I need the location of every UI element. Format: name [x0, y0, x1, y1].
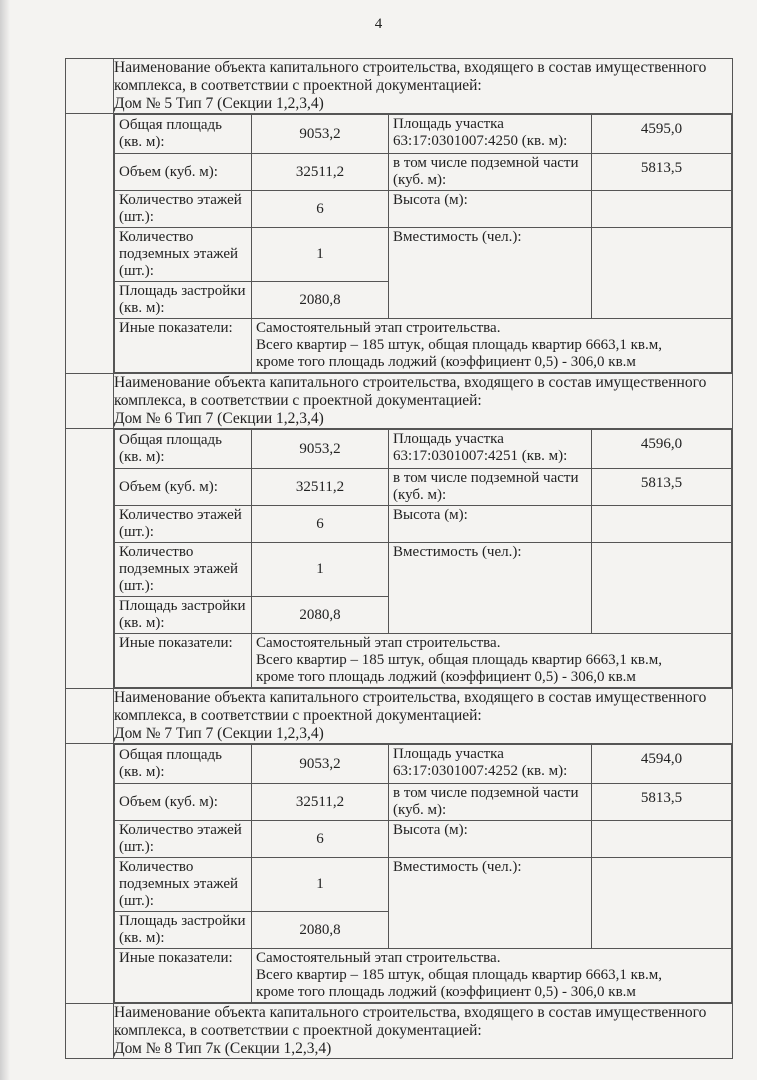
detail-row-area: Общая площадь (кв. м): 9053,2 Площадь уч…	[115, 745, 732, 784]
label-floors: Количество этажей (шт.):	[115, 821, 252, 858]
house-heading-row: Наименование объекта капитального строит…	[66, 59, 733, 114]
label-other: Иные показатели:	[115, 634, 252, 688]
heading-text: Наименование объекта капитального строит…	[114, 1004, 732, 1040]
detail-row-volume: Объем (куб. м): 32511,2 в том числе подз…	[115, 154, 732, 191]
scan-edge-shadow	[0, 0, 10, 1080]
house-title: Дом № 7 Тип 7 (Секции 1,2,3,4)	[114, 725, 732, 743]
detail-row-other: Иные показатели: Самостоятельный этап ст…	[115, 319, 732, 373]
other-line: кроме того площадь лоджий (коэффициент 0…	[256, 354, 727, 371]
detail-row-underground-floors: Количество подземных этажей (шт.): 1 Вме…	[115, 543, 732, 597]
document-table-container: Наименование объекта капитального строит…	[65, 58, 733, 1059]
house-details-row: Общая площадь (кв. м): 9053,2 Площадь уч…	[66, 744, 733, 1004]
other-line: Самостоятельный этап строительства.	[256, 635, 727, 652]
label-built-area: Площадь застройки (кв. м):	[115, 597, 252, 634]
label-built-area: Площадь застройки (кв. м):	[115, 912, 252, 949]
plot-cadastral-number: 63:17:0301007:4251 (кв. м):	[393, 448, 587, 465]
value-volume: 32511,2	[252, 154, 389, 191]
house-details-table: Общая площадь (кв. м): 9053,2 Площадь уч…	[114, 114, 732, 373]
detail-row-other: Иные показатели: Самостоятельный этап ст…	[115, 634, 732, 688]
value-plot-area: 4595,0	[592, 115, 732, 154]
row-number-cell	[66, 114, 114, 374]
value-capacity	[592, 228, 732, 319]
house-details-row: Общая площадь (кв. м): 9053,2 Площадь уч…	[66, 114, 733, 374]
detail-row-volume: Объем (куб. м): 32511,2 в том числе подз…	[115, 469, 732, 506]
house-heading-cell: Наименование объекта капитального строит…	[114, 59, 733, 114]
label-floors: Количество этажей (шт.):	[115, 506, 252, 543]
house-heading-row: Наименование объекта капитального строит…	[66, 689, 733, 744]
value-built-area: 2080,8	[252, 282, 389, 319]
other-line: Всего квартир – 185 штук, общая площадь …	[256, 967, 727, 984]
value-height	[592, 821, 732, 858]
house-details-table: Общая площадь (кв. м): 9053,2 Площадь уч…	[114, 744, 732, 1003]
label-capacity: Вместимость (чел.):	[389, 228, 592, 319]
detail-row-underground-floors: Количество подземных этажей (шт.): 1 Вме…	[115, 858, 732, 912]
property-objects-table: Наименование объекта капитального строит…	[65, 58, 733, 1059]
value-underground-floors: 1	[252, 858, 389, 912]
value-built-area: 2080,8	[252, 597, 389, 634]
label-height: Высота (м):	[389, 191, 592, 228]
label-other: Иные показатели:	[115, 319, 252, 373]
label-volume: Объем (куб. м):	[115, 784, 252, 821]
value-total-area: 9053,2	[252, 430, 389, 469]
value-floors: 6	[252, 191, 389, 228]
value-volume: 32511,2	[252, 469, 389, 506]
label-height: Высота (м):	[389, 506, 592, 543]
value-other: Самостоятельный этап строительства. Всег…	[252, 949, 732, 1003]
value-underground-floors: 1	[252, 228, 389, 282]
house-title: Дом № 8 Тип 7к (Секции 1,2,3,4)	[114, 1040, 732, 1058]
value-total-area: 9053,2	[252, 115, 389, 154]
house-details-cell: Общая площадь (кв. м): 9053,2 Площадь уч…	[114, 744, 733, 1004]
page-number: 4	[0, 16, 757, 33]
row-number-cell	[66, 1004, 114, 1059]
value-built-area: 2080,8	[252, 912, 389, 949]
value-height	[592, 506, 732, 543]
value-underground-volume: 5813,5	[592, 154, 732, 191]
house-heading-cell: Наименование объекта капитального строит…	[114, 374, 733, 429]
detail-row-volume: Объем (куб. м): 32511,2 в том числе подз…	[115, 784, 732, 821]
label-underground-floors: Количество подземных этажей (шт.):	[115, 228, 252, 282]
label-floors: Количество этажей (шт.):	[115, 191, 252, 228]
house-title: Дом № 6 Тип 7 (Секции 1,2,3,4)	[114, 410, 732, 428]
label-volume: Объем (куб. м):	[115, 469, 252, 506]
value-underground-floors: 1	[252, 543, 389, 597]
label-underground-volume: в том числе подземной части (куб. м):	[389, 154, 592, 191]
label-total-area: Общая площадь (кв. м):	[115, 115, 252, 154]
row-number-cell	[66, 59, 114, 114]
heading-text: Наименование объекта капитального строит…	[114, 689, 732, 725]
plot-area-prefix: Площадь участка	[393, 431, 587, 448]
house-details-table: Общая площадь (кв. м): 9053,2 Площадь уч…	[114, 429, 732, 688]
label-volume: Объем (куб. м):	[115, 154, 252, 191]
label-total-area: Общая площадь (кв. м):	[115, 430, 252, 469]
other-line: кроме того площадь лоджий (коэффициент 0…	[256, 984, 727, 1001]
row-number-cell	[66, 374, 114, 429]
label-built-area: Площадь застройки (кв. м):	[115, 282, 252, 319]
value-height	[592, 191, 732, 228]
house-heading-row: Наименование объекта капитального строит…	[66, 1004, 733, 1059]
value-capacity	[592, 858, 732, 949]
plot-cadastral-number: 63:17:0301007:4250 (кв. м):	[393, 133, 587, 150]
house-details-cell: Общая площадь (кв. м): 9053,2 Площадь уч…	[114, 114, 733, 374]
detail-row-floors: Количество этажей (шт.): 6 Высота (м):	[115, 191, 732, 228]
house-heading-cell: Наименование объекта капитального строит…	[114, 689, 733, 744]
detail-row-other: Иные показатели: Самостоятельный этап ст…	[115, 949, 732, 1003]
other-line: Всего квартир – 185 штук, общая площадь …	[256, 652, 727, 669]
value-plot-area: 4594,0	[592, 745, 732, 784]
value-underground-volume: 5813,5	[592, 469, 732, 506]
house-heading-cell: Наименование объекта капитального строит…	[114, 1004, 733, 1059]
value-capacity	[592, 543, 732, 634]
other-line: Самостоятельный этап строительства.	[256, 950, 727, 967]
house-details-cell: Общая площадь (кв. м): 9053,2 Площадь уч…	[114, 429, 733, 689]
label-underground-floors: Количество подземных этажей (шт.):	[115, 858, 252, 912]
label-height: Высота (м):	[389, 821, 592, 858]
label-capacity: Вместимость (чел.):	[389, 543, 592, 634]
row-number-cell	[66, 429, 114, 689]
row-number-cell	[66, 744, 114, 1004]
detail-row-floors: Количество этажей (шт.): 6 Высота (м):	[115, 821, 732, 858]
detail-row-area: Общая площадь (кв. м): 9053,2 Площадь уч…	[115, 115, 732, 154]
value-underground-volume: 5813,5	[592, 784, 732, 821]
row-number-cell	[66, 689, 114, 744]
value-plot-area: 4596,0	[592, 430, 732, 469]
house-heading-row: Наименование объекта капитального строит…	[66, 374, 733, 429]
label-capacity: Вместимость (чел.):	[389, 858, 592, 949]
label-plot-area: Площадь участка 63:17:0301007:4251 (кв. …	[389, 430, 592, 469]
plot-cadastral-number: 63:17:0301007:4252 (кв. м):	[393, 763, 587, 780]
label-underground-volume: в том числе подземной части (куб. м):	[389, 784, 592, 821]
value-total-area: 9053,2	[252, 745, 389, 784]
value-volume: 32511,2	[252, 784, 389, 821]
label-underground-floors: Количество подземных этажей (шт.):	[115, 543, 252, 597]
house-details-row: Общая площадь (кв. м): 9053,2 Площадь уч…	[66, 429, 733, 689]
label-underground-volume: в том числе подземной части (куб. м):	[389, 469, 592, 506]
heading-text: Наименование объекта капитального строит…	[114, 374, 732, 410]
plot-area-prefix: Площадь участка	[393, 746, 587, 763]
value-other: Самостоятельный этап строительства. Всег…	[252, 634, 732, 688]
heading-text: Наименование объекта капитального строит…	[114, 59, 732, 95]
plot-area-prefix: Площадь участка	[393, 116, 587, 133]
other-line: кроме того площадь лоджий (коэффициент 0…	[256, 669, 727, 686]
label-total-area: Общая площадь (кв. м):	[115, 745, 252, 784]
detail-row-floors: Количество этажей (шт.): 6 Высота (м):	[115, 506, 732, 543]
label-plot-area: Площадь участка 63:17:0301007:4252 (кв. …	[389, 745, 592, 784]
value-floors: 6	[252, 821, 389, 858]
house-title: Дом № 5 Тип 7 (Секции 1,2,3,4)	[114, 95, 732, 113]
label-other: Иные показатели:	[115, 949, 252, 1003]
value-floors: 6	[252, 506, 389, 543]
value-other: Самостоятельный этап строительства. Всег…	[252, 319, 732, 373]
other-line: Самостоятельный этап строительства.	[256, 320, 727, 337]
detail-row-area: Общая площадь (кв. м): 9053,2 Площадь уч…	[115, 430, 732, 469]
label-plot-area: Площадь участка 63:17:0301007:4250 (кв. …	[389, 115, 592, 154]
other-line: Всего квартир – 185 штук, общая площадь …	[256, 337, 727, 354]
detail-row-underground-floors: Количество подземных этажей (шт.): 1 Вме…	[115, 228, 732, 282]
